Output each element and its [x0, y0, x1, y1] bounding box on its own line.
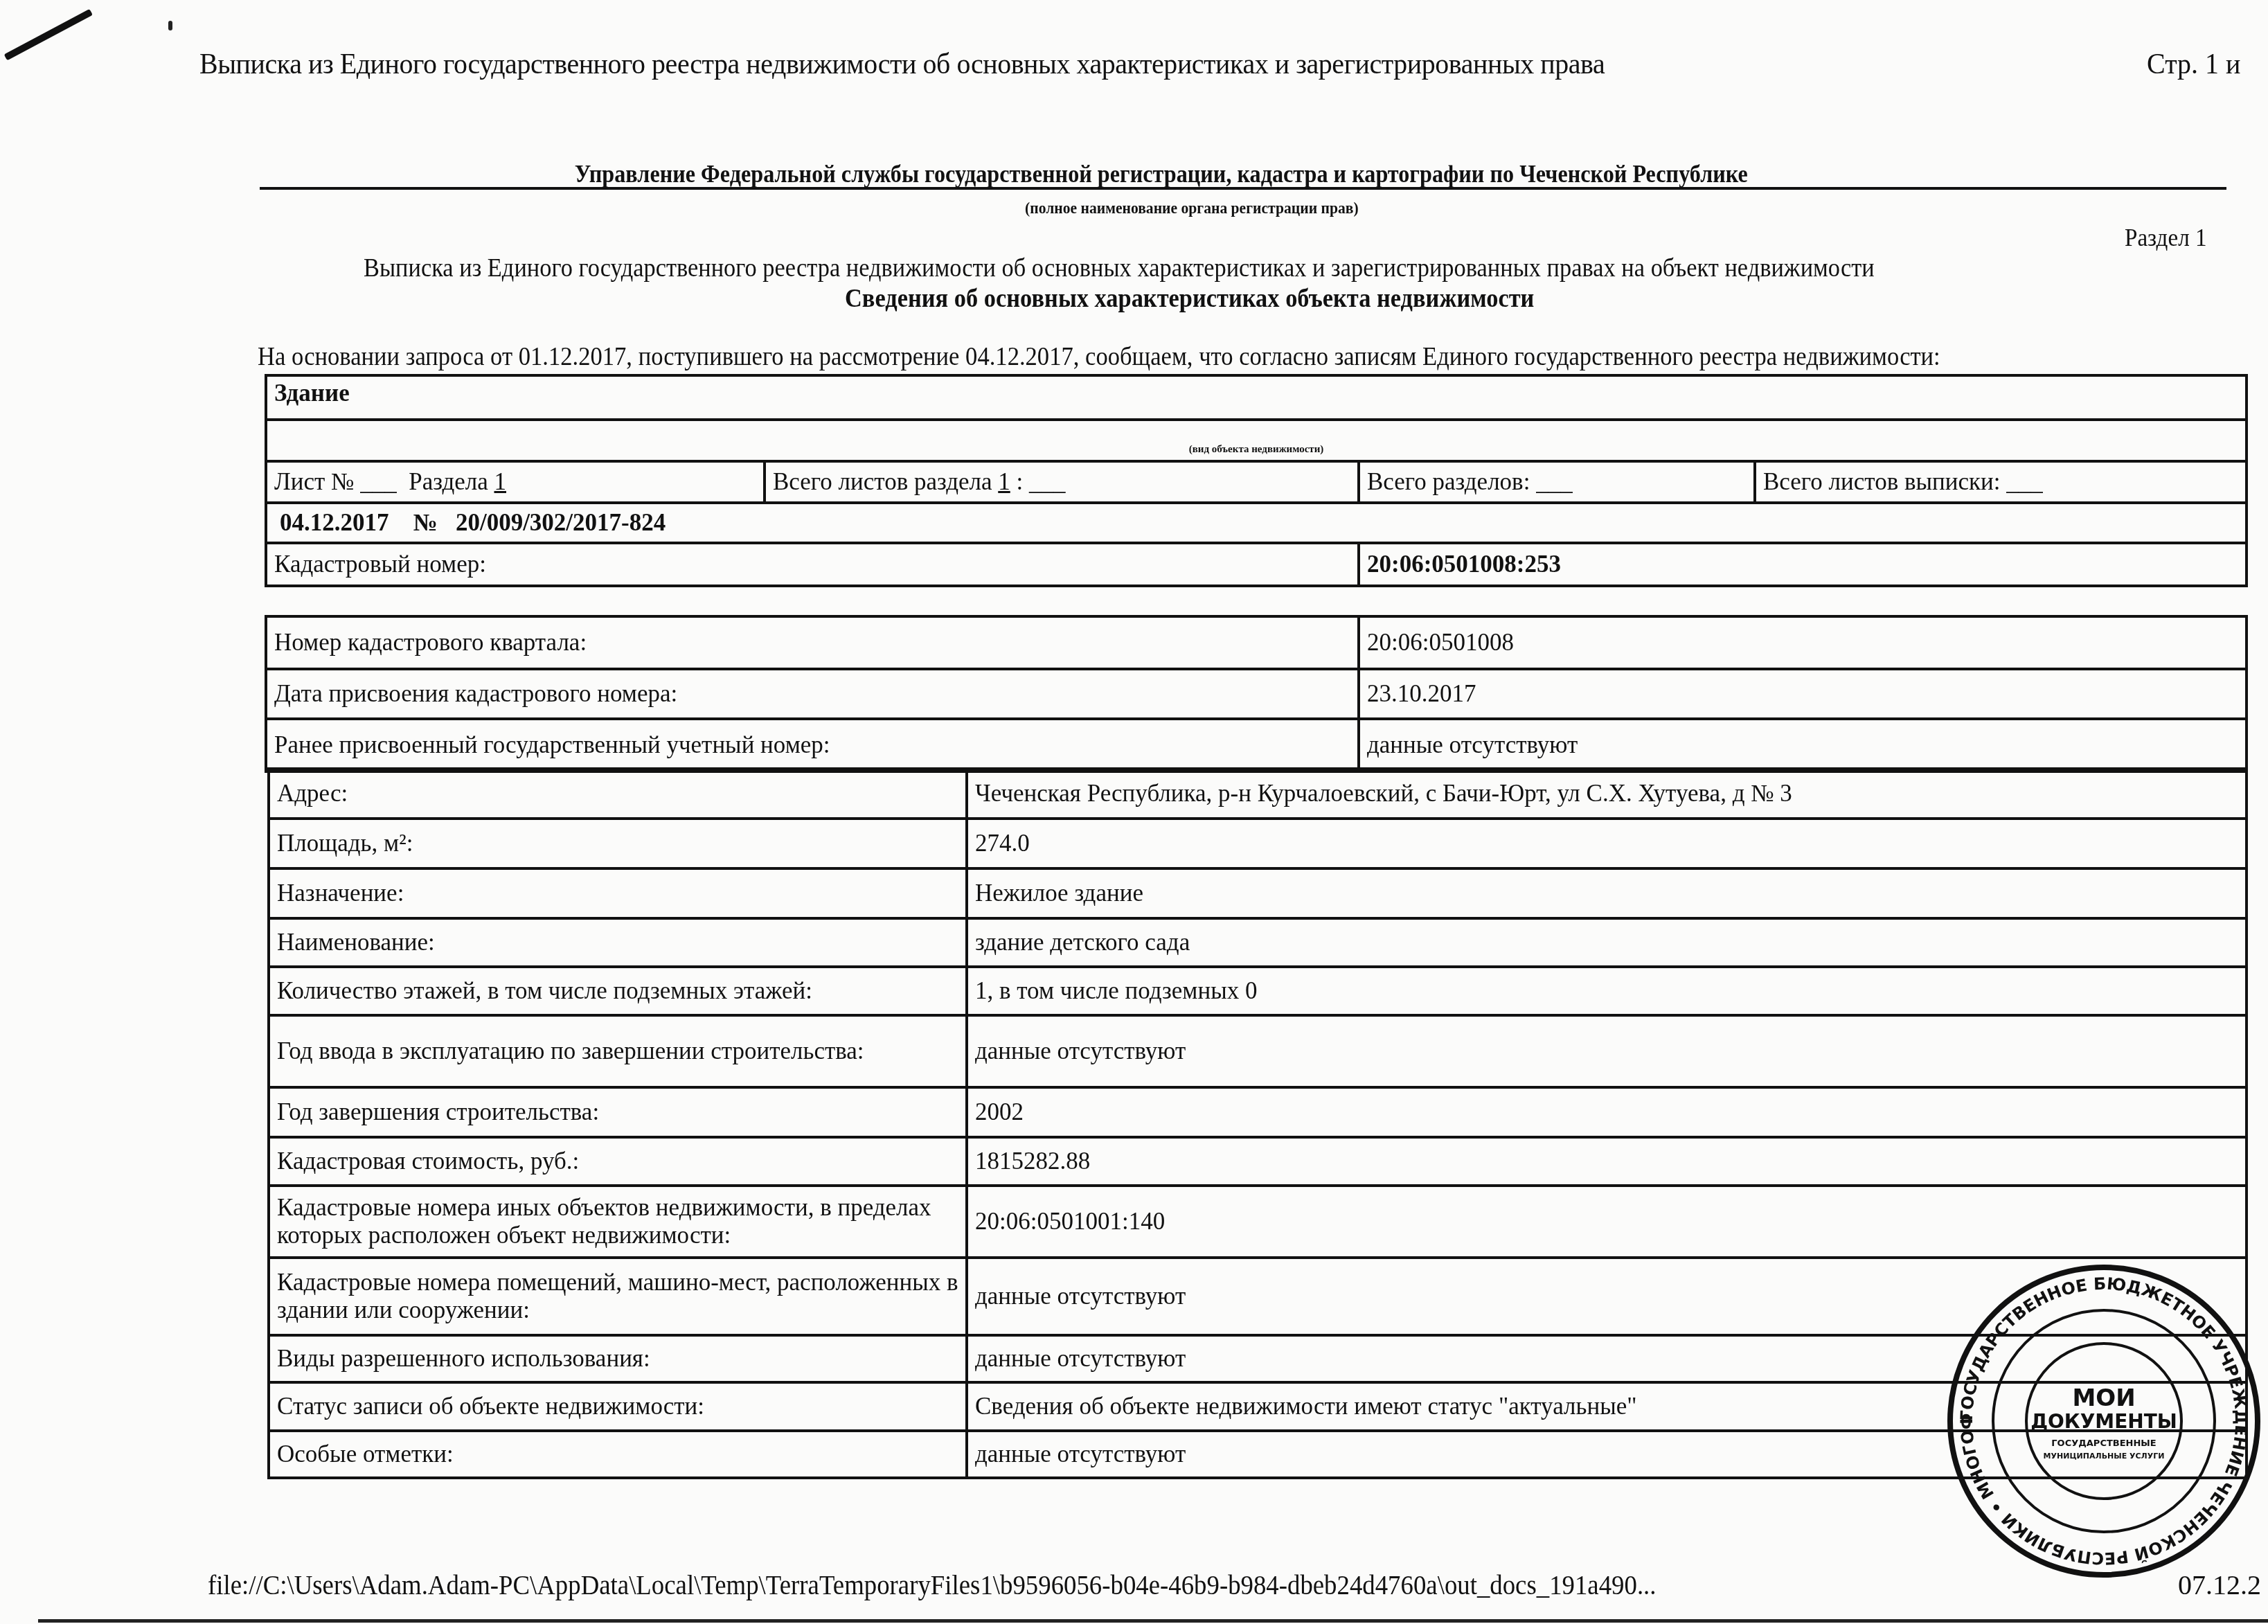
footer-edge-line	[38, 1619, 2268, 1623]
table-row: Адрес:Чеченская Республика, р-н Курчалое…	[269, 769, 2247, 819]
row-label: Адрес:	[269, 769, 967, 819]
record-date: 04.12.2017	[280, 509, 389, 536]
table-row: Назначение:Нежилое здание	[269, 868, 2247, 918]
table-row: Кадастровые номера иных объектов недвижи…	[269, 1186, 2247, 1258]
page-header-title: Выписка из Единого государственного реес…	[199, 47, 1605, 81]
footer-file-path: file://C:\Users\Adam.Adam-PC\AppData\Loc…	[208, 1569, 1656, 1601]
cadastral-number-label: Кадастровый номер:	[266, 543, 1359, 586]
row-label: Кадастровые номера помещений, машино-мес…	[269, 1258, 967, 1335]
object-type-caption: (вид объекта недвижимости)	[266, 420, 2247, 461]
organization-name: Управление Федеральной службы государств…	[260, 161, 2063, 188]
row-value: Чеченская Республика, р-н Курчалоевский,…	[967, 769, 2247, 819]
document-title: Выписка из Единого государственного реес…	[364, 253, 1875, 283]
table-row: Кадастровая стоимость, руб.:1815282.88	[269, 1137, 2247, 1186]
header-table: Здание (вид объекта недвижимости) Лист №…	[265, 374, 2248, 587]
total-sheets-section-num: 1	[998, 468, 1010, 495]
table-row: Ранее присвоенный государственный учетны…	[266, 719, 2247, 771]
total-sheets-section-value: : ___	[1017, 468, 1066, 495]
total-sheets-cell: Всего листов выписки: ___	[1755, 461, 2247, 503]
row-value: 23.10.2017	[1359, 669, 2247, 719]
section-label: Раздел 1	[2125, 223, 2207, 252]
row-label: Площадь, м²:	[269, 819, 967, 868]
row-label: Статус записи об объекте недвижимости:	[269, 1382, 967, 1431]
cadastral-number-value: 20:06:0501008:253	[1359, 543, 2247, 586]
section-label: Раздела	[409, 468, 488, 495]
table-row: Год завершения строительства:2002	[269, 1087, 2247, 1137]
document-subtitle: Сведения об основных характеристиках объ…	[845, 284, 1534, 314]
row-label: Год завершения строительства:	[269, 1087, 967, 1137]
quarter-table: Номер кадастрового квартала:20:06:050100…	[265, 615, 2248, 773]
total-sheets-value: ___	[2006, 468, 2043, 495]
table-row: Дата присвоения кадастрового номера:23.1…	[266, 669, 2247, 719]
row-value: 1, в том числе подземных 0	[967, 967, 2247, 1015]
registration-record: 04.12.2017 № 20/009/302/2017-824	[266, 503, 2247, 543]
table-row: Наименование:здание детского сада	[269, 918, 2247, 967]
stamp-line3: ГОСУДАРСТВЕННЫЕ	[2051, 1438, 2156, 1449]
row-value: 20:06:0501008	[1359, 616, 2247, 669]
row-label: Назначение:	[269, 868, 967, 918]
row-label: Наименование:	[269, 918, 967, 967]
total-sheets-label: Всего листов выписки:	[1763, 468, 2000, 495]
object-type: Здание	[266, 375, 2247, 420]
organization-caption: (полное наименование органа регистрации …	[1025, 199, 1359, 218]
total-sections-label: Всего разделов:	[1367, 468, 1530, 495]
row-value: 274.0	[967, 819, 2247, 868]
sheet-no-value: ___	[360, 468, 397, 495]
footer-date: 07.12.2	[2178, 1569, 2261, 1601]
row-label: Виды разрешенного использования:	[269, 1335, 967, 1382]
pen-mark	[4, 9, 93, 61]
table-row: Количество этажей, в том числе подземных…	[269, 967, 2247, 1015]
page-number: Стр. 1 и	[2147, 47, 2241, 81]
row-value: 20:06:0501001:140	[967, 1186, 2247, 1258]
row-label: Ранее присвоенный государственный учетны…	[266, 719, 1359, 771]
row-label: Номер кадастрового квартала:	[266, 616, 1359, 669]
record-number: 20/009/302/2017-824	[456, 509, 666, 536]
row-value: Нежилое здание	[967, 868, 2247, 918]
row-value: 1815282.88	[967, 1137, 2247, 1186]
sheet-no-label: Лист №	[274, 468, 354, 495]
row-label: Количество этажей, в том числе подземных…	[269, 967, 967, 1015]
number-sign: №	[413, 509, 438, 536]
ink-dot	[168, 21, 172, 30]
organization-underline	[260, 187, 2226, 190]
row-value: здание детского сада	[967, 918, 2247, 967]
request-basis: На основании запроса от 01.12.2017, пост…	[258, 342, 1940, 372]
row-label: Год ввода в эксплуатацию по завершении с…	[269, 1015, 967, 1087]
total-sheets-section-cell: Всего листов раздела 1 : ___	[765, 461, 1359, 503]
table-row: Номер кадастрового квартала:20:06:050100…	[266, 616, 2247, 669]
total-sheets-section-label: Всего листов раздела	[773, 468, 992, 495]
stamp-line1: МОИ	[2072, 1384, 2135, 1412]
row-value: данные отсутствуют	[1359, 719, 2247, 771]
row-label: Кадастровые номера иных объектов недвижи…	[269, 1186, 967, 1258]
row-label: Дата присвоения кадастрового номера:	[266, 669, 1359, 719]
table-row: Год ввода в эксплуатацию по завершении с…	[269, 1015, 2247, 1087]
section-value: 1	[494, 468, 507, 495]
table-row: Площадь, м²:274.0	[269, 819, 2247, 868]
row-label: Кадастровая стоимость, руб.:	[269, 1137, 967, 1186]
row-value: 2002	[967, 1087, 2247, 1137]
stamp-line2: ДОКУМЕНТЫ	[2030, 1410, 2177, 1433]
official-stamp: ГОСУДАРСТВЕННОЕ БЮДЖЕТНОЕ УЧРЕЖДЕНИЕ ЧЕЧ…	[1945, 1262, 2263, 1580]
total-sections-value: ___	[1536, 468, 1573, 495]
row-value: данные отсутствуют	[967, 1015, 2247, 1087]
total-sections-cell: Всего разделов: ___	[1359, 461, 1755, 503]
sheet-number-cell: Лист № ___ Раздела 1	[266, 461, 765, 503]
stamp-line4: МУНИЦИПАЛЬНЫЕ УСЛУГИ	[2044, 1452, 2165, 1461]
row-label: Особые отметки:	[269, 1431, 967, 1478]
